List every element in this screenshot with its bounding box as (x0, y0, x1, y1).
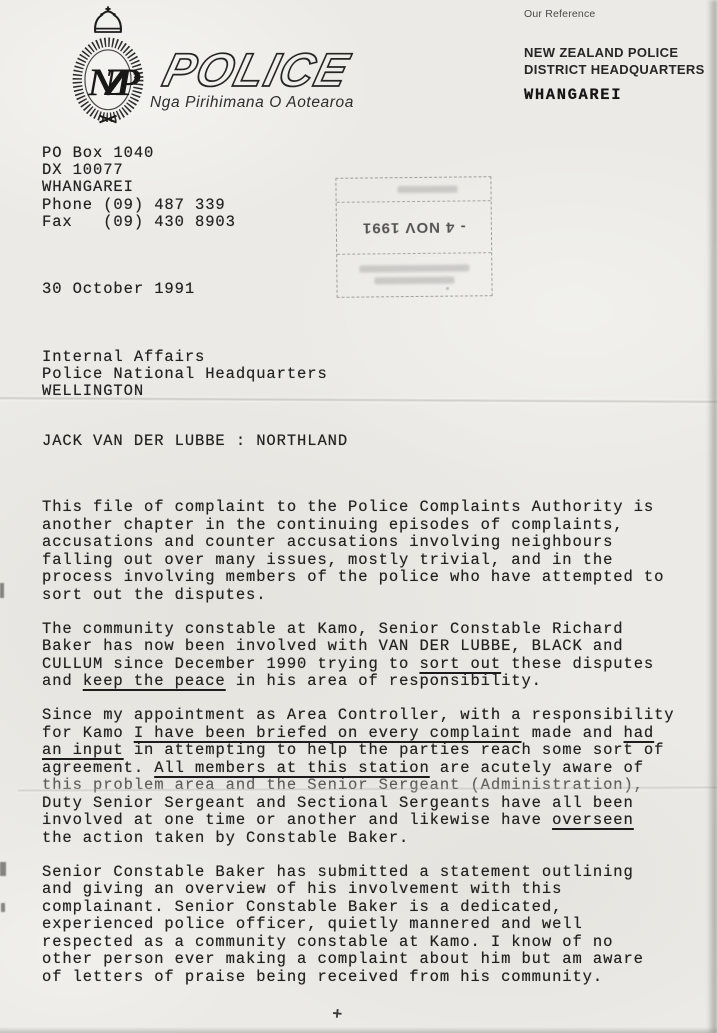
underlined-text: I have been briefed on every complaint (134, 724, 522, 742)
scan-speck (446, 287, 449, 290)
body-line: falling out over many issues, mostly tri… (42, 552, 707, 570)
body-line: for Kamo I have been briefed on every co… (42, 725, 707, 743)
underlined-text: All members at this station (154, 759, 429, 777)
underlined-text: had (624, 724, 655, 742)
body-line: agreement. All members at this station a… (42, 760, 707, 778)
body-line: the action taken by Constable Baker. (42, 830, 707, 848)
body-text: in attempting to help the parties reach … (124, 741, 665, 759)
nz-police-crest-icon: NZP (52, 3, 164, 131)
body-text: complainant. Senior Constable Baker is a… (42, 898, 562, 916)
district-name: WHANGAREI (524, 86, 622, 104)
body-text: experienced police officer, quietly mann… (42, 915, 583, 933)
body-text: CULLUM since December 1990 trying to (42, 655, 419, 673)
stamp-illegible-lines (337, 253, 491, 295)
body-line: this problem area and the Senior Sergean… (42, 777, 707, 795)
scan-speck (0, 862, 6, 876)
letter-body: This file of complaint to the Police Com… (42, 499, 707, 1003)
subject-text: JACK VAN DER LUBBE : NORTHLAND (42, 432, 348, 450)
body-line: Since my appointment as Area Controller,… (42, 707, 707, 725)
body-text: Since my appointment as Area Controller,… (42, 706, 675, 724)
recipient-address-block: Internal AffairsPolice National Headquar… (42, 349, 328, 401)
body-text: another chapter in the continuing episod… (42, 516, 624, 534)
stamp-date: - 4 NOV 1991 (362, 218, 466, 236)
body-text: made and (522, 724, 624, 742)
maori-tagline: Nga Pirihimana O Aotearoa (150, 94, 354, 112)
underlined-text: keep the peace (83, 672, 226, 690)
body-text: the action taken by Constable Baker. (42, 829, 409, 847)
wordmark-text: POLICE (158, 45, 355, 97)
body-text: This file of complaint to the Police Com… (42, 498, 654, 516)
body-line: and giving an overview of his involvemen… (42, 881, 707, 899)
body-text: falling out over many issues, mostly tri… (42, 551, 613, 569)
paragraph: Senior Constable Baker has submitted a s… (42, 864, 707, 987)
underlined-text: overseen (552, 811, 634, 829)
underlined-text: sort out (419, 655, 501, 673)
body-text: this problem area and the Senior Sergean… (42, 776, 644, 794)
letter-date-text: 30 October 1991 (42, 280, 195, 298)
organisation-line-1: NEW ZEALAND POLICE (524, 44, 705, 61)
address-line: DX 10077 (42, 162, 236, 179)
body-text: agreement. (42, 759, 154, 777)
body-text: in his area of responsibility. (226, 672, 542, 690)
body-line: respected as a community constable at Ka… (42, 934, 707, 952)
address-line: Internal Affairs (42, 349, 328, 366)
page-mark: + (331, 1006, 343, 1026)
body-line: Senior Constable Baker has submitted a s… (42, 864, 707, 882)
body-text: The community constable at Kamo, Senior … (42, 620, 624, 638)
address-line: Phone (09) 487 339 (42, 197, 236, 214)
stamp-ink-smudge (374, 276, 454, 284)
body-text: respected as a community constable at Ka… (42, 933, 613, 951)
stamp-ink-smudge (397, 186, 457, 194)
received-date-stamp: - 4 NOV 1991 (335, 176, 492, 298)
body-line: and keep the peace in his area of respon… (42, 673, 707, 691)
body-text: accusations and counter accusations invo… (42, 533, 613, 551)
body-text: sort out the disputes. (42, 586, 266, 604)
body-text: and (42, 672, 83, 690)
organisation-block: NEW ZEALAND POLICE DISTRICT HEADQUARTERS (524, 44, 705, 78)
address-line: Fax (09) 430 8903 (42, 214, 236, 231)
organisation-line-2: DISTRICT HEADQUARTERS (524, 61, 705, 78)
body-text: are acutely aware of (430, 759, 644, 777)
body-line: The community constable at Kamo, Senior … (42, 621, 707, 639)
scan-edge-shadow (0, 1027, 717, 1033)
body-text: for Kamo (42, 724, 134, 742)
address-line: PO Box 1040 (42, 145, 236, 162)
our-reference-label: Our Reference (524, 8, 595, 20)
body-text: involved at one time or another and like… (42, 811, 552, 829)
body-text: and giving an overview of his involvemen… (42, 880, 562, 898)
stamp-ink-smudge (359, 264, 469, 272)
body-line: CULLUM since December 1990 trying to sor… (42, 656, 707, 674)
body-text: other person ever making a complaint abo… (42, 950, 644, 968)
body-line: Duty Senior Sergeant and Sectional Serge… (42, 795, 707, 813)
body-line: accusations and counter accusations invo… (42, 534, 707, 552)
body-line: other person ever making a complaint abo… (42, 951, 707, 969)
body-line: experienced police officer, quietly mann… (42, 916, 707, 934)
paragraph: The community constable at Kamo, Senior … (42, 621, 707, 691)
body-line: another chapter in the continuing episod… (42, 517, 707, 535)
scanned-letter-page: NZP POLICE Nga Pirihimana O Aotearoa Our… (0, 0, 717, 1033)
paragraph: This file of complaint to the Police Com… (42, 499, 707, 604)
scan-speck (1, 903, 5, 912)
body-text: these disputes (501, 655, 654, 673)
body-line: complainant. Senior Constable Baker is a… (42, 899, 707, 917)
scan-speck (0, 583, 4, 598)
body-text: process involving members of the police … (42, 568, 664, 586)
body-line: involved at one time or another and like… (42, 812, 707, 830)
body-text: Senior Constable Baker has submitted a s… (42, 863, 634, 881)
body-line: Baker has now been involved with VAN DER… (42, 638, 707, 656)
sender-address-block: PO Box 1040DX 10077WHANGAREIPhone (09) 4… (42, 145, 236, 231)
subject-line: JACK VAN DER LUBBE : NORTHLAND (42, 432, 348, 451)
body-line: of letters of praise being received from… (42, 969, 707, 987)
address-line: WHANGAREI (42, 179, 236, 196)
body-line: sort out the disputes. (42, 587, 707, 605)
stamp-illegible-line (336, 177, 490, 203)
body-line: This file of complaint to the Police Com… (42, 499, 707, 517)
stamp-date-row: - 4 NOV 1991 (337, 201, 492, 255)
underlined-text: an input (42, 741, 124, 759)
body-text: of letters of praise being received from… (42, 968, 603, 986)
paragraph: Since my appointment as Area Controller,… (42, 707, 707, 847)
address-line: Police National Headquarters (42, 366, 328, 383)
letter-date: 30 October 1991 (42, 280, 195, 299)
body-line: an input in attempting to help the parti… (42, 742, 707, 760)
police-wordmark: POLICE (158, 40, 383, 100)
scan-edge-shadow (707, 0, 717, 1033)
body-text: Duty Senior Sergeant and Sectional Serge… (42, 794, 634, 812)
body-text: Baker has now been involved with VAN DER… (42, 637, 624, 655)
body-line: process involving members of the police … (42, 569, 707, 587)
